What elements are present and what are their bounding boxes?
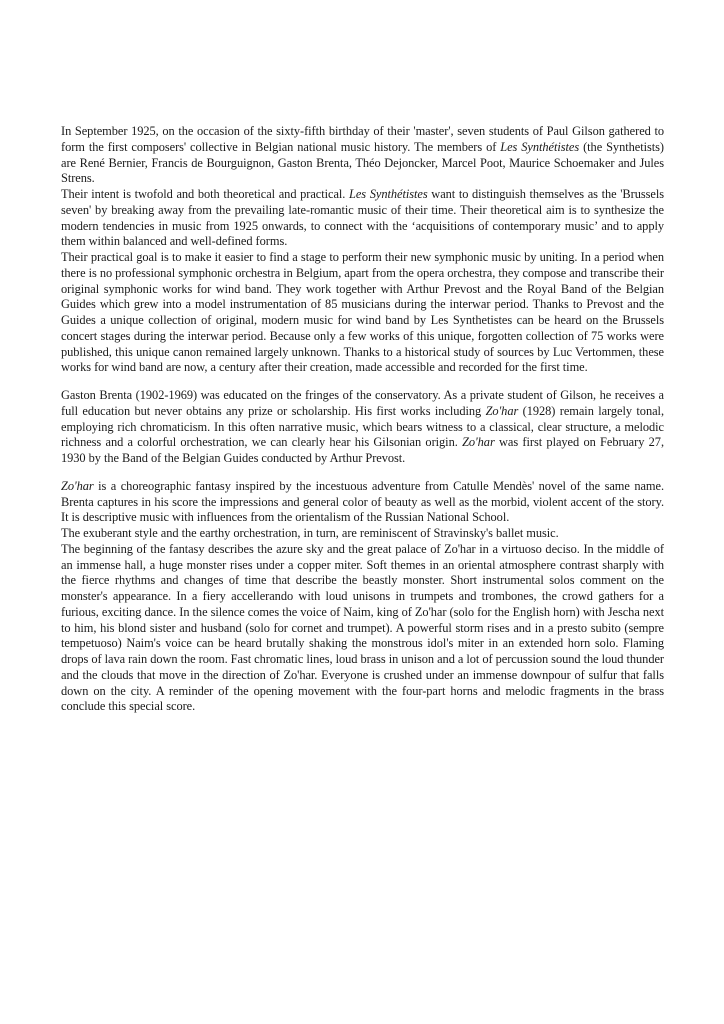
document-page: In September 1925, on the occasion of th… — [61, 124, 664, 727]
italic-title: Zo'har — [462, 435, 495, 449]
paragraph-intent: Their intent is twofold and both theoret… — [61, 187, 664, 250]
italic-title: Les Synthétistes — [349, 187, 428, 201]
text-run: Their intent is twofold and both theoret… — [61, 187, 349, 201]
paragraph-brenta: Gaston Brenta (1902-1969) was educated o… — [61, 388, 664, 467]
italic-title: Zo'har — [61, 479, 94, 493]
section-brenta-bio: Gaston Brenta (1902-1969) was educated o… — [61, 388, 664, 467]
section-synthetistes: In September 1925, on the occasion of th… — [61, 124, 664, 376]
paragraph-zohar-intro: Zo'har is a choreographic fantasy inspir… — [61, 479, 664, 526]
paragraph-practical-goal: Their practical goal is to make it easie… — [61, 250, 664, 376]
section-zohar: Zo'har is a choreographic fantasy inspir… — [61, 479, 664, 715]
italic-title: Zo'har — [486, 404, 519, 418]
paragraph-founding: In September 1925, on the occasion of th… — [61, 124, 664, 187]
text-run: is a choreographic fantasy inspired by t… — [61, 479, 664, 525]
paragraph-zohar-style: The exuberant style and the earthy orche… — [61, 526, 664, 542]
italic-title: Les Synthétistes — [500, 140, 579, 154]
paragraph-zohar-description: The beginning of the fantasy describes t… — [61, 542, 664, 715]
